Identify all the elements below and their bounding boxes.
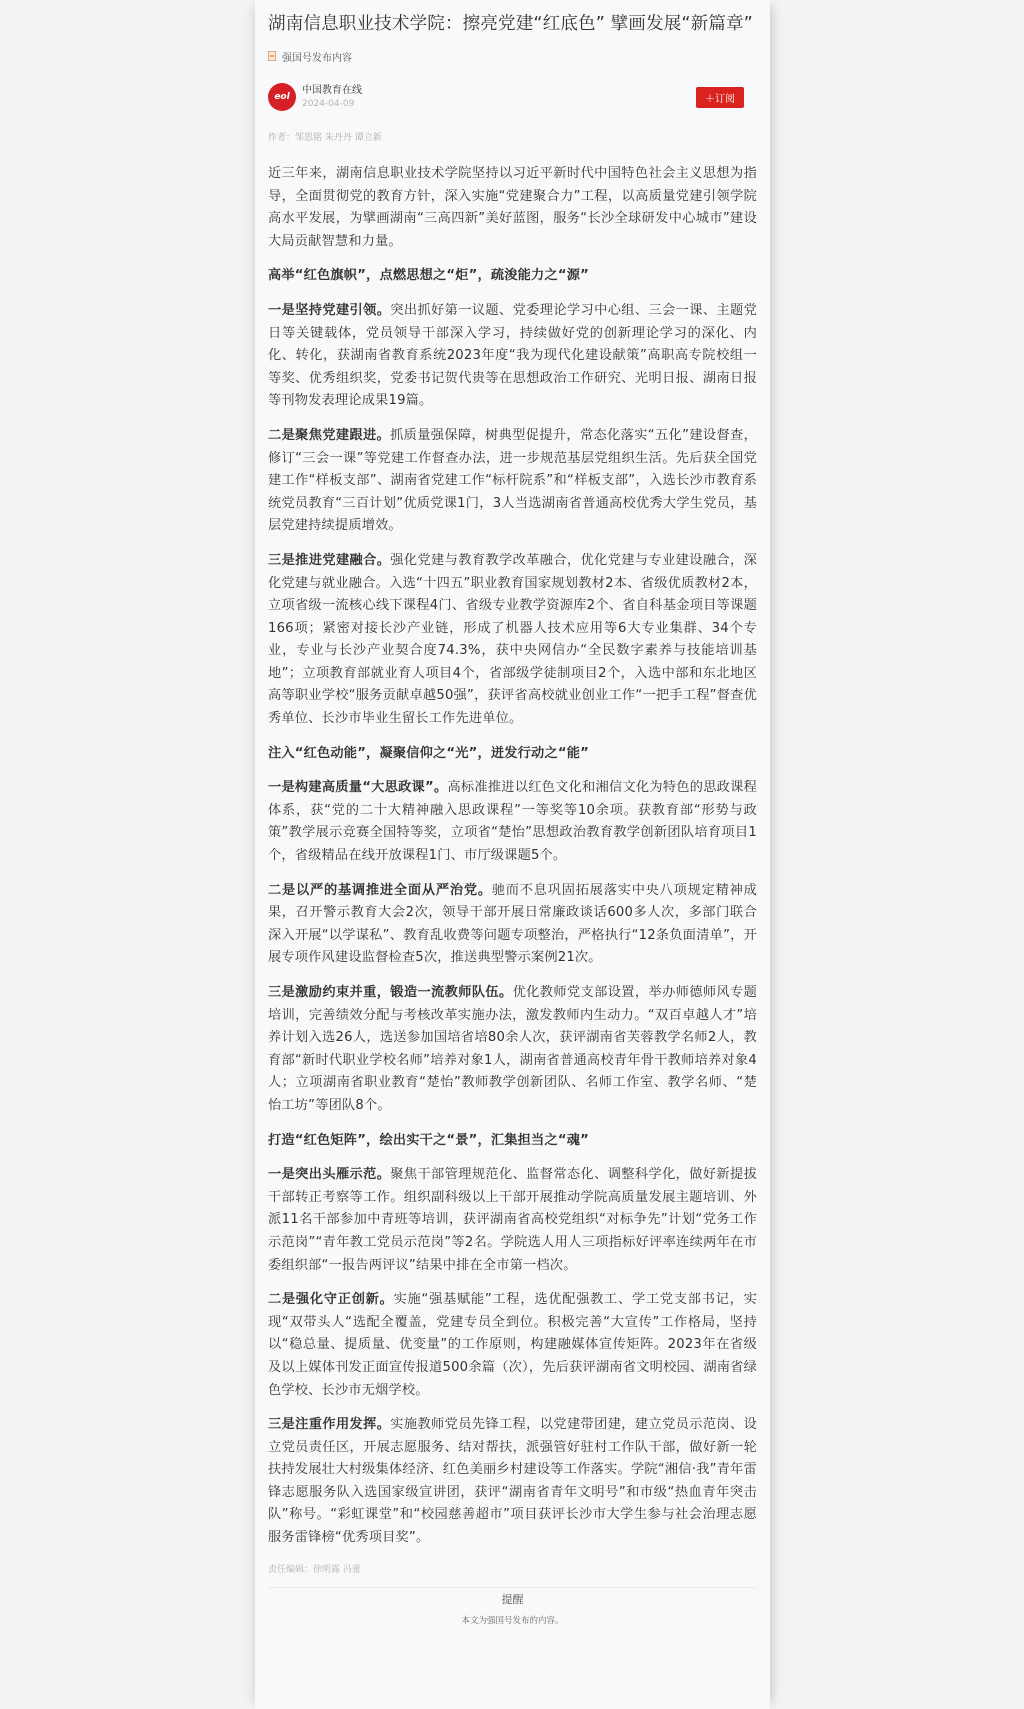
avatar[interactable]: eol: [268, 83, 296, 111]
paragraph-text: 优化教师党支部设置，举办师德师风专题培训，完善绩效分配与考核改革实施办法，激发教…: [268, 985, 757, 1113]
article-paragraph: 一是坚持党建引领。突出抓好第一议题、党委理论学习中心组、三会一课、主题党日等关键…: [268, 300, 757, 413]
article-paragraph: 一是构建高质量“大思政课”。高标准推进以红色文化和湘信文化为特色的思政课程体系，…: [268, 777, 757, 867]
paragraph-text: 近三年来，湖南信息职业技术学院坚持以习近平新时代中国特色社会主义思想为指导，全面…: [268, 166, 757, 249]
section-heading: 注入“红色动能”，凝聚信仰之“光”，迸发行动之“能”: [268, 743, 757, 766]
article-paragraph: 二是聚焦党建跟进。抓质量强保障，树典型促提升，常态化落实“五化”建设督查，修订“…: [268, 425, 757, 538]
section-heading: 高举“红色旗帜”，点燃思想之“炬”，疏浚能力之“源”: [268, 265, 757, 288]
paragraph-text: 聚焦干部管理规范化、监督常态化、调整科学化，做好新提拔干部转正考察等工作。组织副…: [268, 1167, 757, 1272]
publish-date: 2024-04-09: [302, 98, 362, 111]
paragraph-lead: 一是突出头雁示范。: [268, 1167, 390, 1182]
article-paragraph: 三是激励约束并重，锻造一流教师队伍。优化教师党支部设置，举办师德师风专题培训，完…: [268, 982, 757, 1118]
article-paragraph: 二是强化守正创新。实施“强基赋能”工程，选优配强教工、学工党支部书记，实现“双带…: [268, 1289, 757, 1402]
paragraph-text: 实施“强基赋能”工程，选优配强教工、学工党支部书记，实现“双带头人“选配全覆盖，…: [268, 1292, 757, 1397]
article-paragraph: 一是突出头雁示范。聚焦干部管理规范化、监督常态化、调整科学化，做好新提拔干部转正…: [268, 1164, 757, 1277]
paragraph-lead: 三是推进党建融合。: [268, 553, 390, 568]
responsible-editor: 责任编辑：徐明露 冯蕾: [268, 1562, 757, 1575]
notice-text: 本文为强国号发布的内容。: [268, 1614, 757, 1626]
notice-section: 提醒 本文为强国号发布的内容。: [268, 1587, 757, 1626]
paragraph-lead: 二是以严的基调推进全面从严治党。: [268, 883, 492, 898]
paragraph-text: 抓质量强保障，树典型促提升，常态化落实“五化”建设督查，修订“三会一课”等党建工…: [268, 428, 757, 533]
paragraph-lead: 一是构建高质量“大思政课”。: [268, 780, 447, 795]
article-paragraph: 二是以严的基调推进全面从严治党。驰而不息巩固拓展落实中央八项规定精神成果，召开警…: [268, 880, 757, 970]
byline: 作者：邹思铭 朱丹丹 谭立新: [268, 132, 757, 144]
notice-title: 提醒: [268, 1592, 757, 1608]
article-paragraph: 三是注重作用发挥。实施教师党员先锋工程，以党建带团建，建立党员示范岗、设立党员责…: [268, 1414, 757, 1550]
paragraph-lead: 二是强化守正创新。: [268, 1292, 394, 1307]
article-body: 近三年来，湖南信息职业技术学院坚持以习近平新时代中国特色社会主义思想为指导，全面…: [268, 163, 757, 1550]
paragraph-text: 突出抓好第一议题、党委理论学习中心组、三会一课、主题党日等关键载体，党员领导干部…: [268, 303, 757, 408]
article-paragraph: 近三年来，湖南信息职业技术学院坚持以习近平新时代中国特色社会主义思想为指导，全面…: [268, 163, 757, 253]
source-tag-label: 强国号发布内容: [282, 49, 352, 64]
bookmark-icon: [268, 51, 276, 61]
section-heading: 打造“红色矩阵”，绘出实干之“景”，汇集担当之“魂”: [268, 1130, 757, 1153]
article-paragraph: 三是推进党建融合。强化党建与教育教学改革融合，优化党建与专业建设融合，深化党建与…: [268, 550, 757, 731]
article-title: 湖南信息职业技术学院：擦亮党建“红底色” 擘画发展“新篇章”: [268, 0, 757, 37]
publisher-name[interactable]: 中国教育在线: [302, 84, 362, 98]
paragraph-text: 强化党建与教育教学改革融合，优化党建与专业建设融合，深化党建与就业融合。入选“十…: [268, 553, 757, 726]
source-tag: 强国号发布内容: [268, 47, 757, 65]
paragraph-lead: 二是聚焦党建跟进。: [268, 428, 390, 443]
paragraph-lead: 三是激励约束并重，锻造一流教师队伍。: [268, 985, 513, 1000]
avatar-logo-text: eol: [274, 92, 289, 102]
subscribe-button[interactable]: ＋订阅: [696, 87, 744, 108]
article-page: 湖南信息职业技术学院：擦亮党建“红底色” 擘画发展“新篇章” 强国号发布内容 e…: [255, 0, 770, 1709]
paragraph-text: 实施教师党员先锋工程，以党建带团建，建立党员示范岗、设立党员责任区，开展志愿服务…: [268, 1417, 757, 1545]
publisher-row: eol 中国教育在线 2024-04-09 ＋订阅: [268, 82, 757, 112]
publisher-meta: 中国教育在线 2024-04-09: [302, 84, 362, 111]
paragraph-lead: 三是注重作用发挥。: [268, 1417, 390, 1432]
paragraph-lead: 一是坚持党建引领。: [268, 303, 390, 318]
